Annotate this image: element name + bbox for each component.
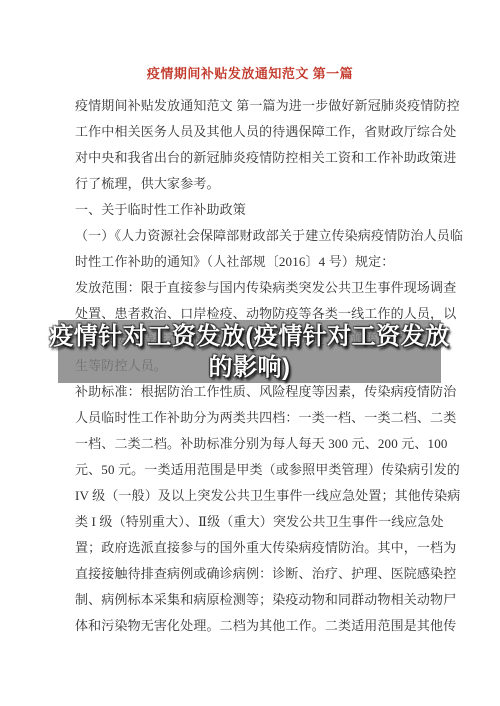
document-page: 疫情期间补贴发放通知范文 第一篇 疫情期间补贴发放通知范文 第一篇为进一步做好新… [0,0,500,706]
document-line: 置；政府选派直接参与的国外重大传染病疫情防治。其中，一档为 [75,537,431,563]
document-line: 工作中相关医务人员及其他人员的待遇保障工作，省财政厅综合处 [75,121,431,147]
document-line: 发放范围：限于直接参与国内传染病类突发公共卫生事件现场调查 [75,277,431,303]
document-line: 行了梳理，供大家参考。 [75,173,431,199]
document-line: 体和污染物无害化处理。二档为其他工作。二类适用范围是其他传 [75,615,431,641]
document-line: 对中央和我省出台的新冠肺炎疫情防控相关工资和工作补助政策进 [75,147,431,173]
document-line: IV 级（一般）及以上突发公共卫生事件一线应急处置；其他传染病 [75,485,431,511]
document-line: （一）《人力资源社会保障部财政部关于建立传染病疫情防治人员临 [75,225,431,251]
overlay-title-line1: 疫情针对工资发放(疫情针对工资发放 [49,323,450,350]
watermark-overlay-band: 疫情针对工资发放(疫情针对工资发放 的影响) [58,320,441,383]
document-section-heading: 一、关于临时性工作补助政策 [75,199,431,225]
overlay-title: 疫情针对工资发放(疫情针对工资发放 的影响) [49,321,450,383]
overlay-title-line2: 的影响) [209,354,291,381]
document-line: 人员临时性工作补助分为两类共四档：一类一档、一类二档、二类 [75,407,431,433]
document-line: 直接接触待排查病例或确诊病例：诊断、治疗、护理、医院感染控 [75,563,431,589]
document-line: 补助标准：根据防治工作性质、风险程度等因素，传染病疫情防治 [75,381,431,407]
document-line: 疫情期间补贴发放通知范文 第一篇为进一步做好新冠肺炎疫情防控 [75,95,431,121]
document-line: 制、病例标本采集和病原检测等；染疫动物和同群动物相关动物尸 [75,589,431,615]
document-heading: 疫情期间补贴发放通知范文 第一篇 [0,63,500,82]
document-line: 元、50 元。一类适用范围是甲类（或参照甲类管理）传染病引发的 [75,459,431,485]
document-line: 时性工作补助的通知》（人社部规〔2016〕4 号）规定： [75,251,431,277]
document-line: 类 I 级（特别重大）、Ⅱ级（重大）突发公共卫生事件一线应急处 [75,511,431,537]
document-line: 一档、二类二档。补助标准分别为每人每天 300 元、200 元、100 [75,433,431,459]
